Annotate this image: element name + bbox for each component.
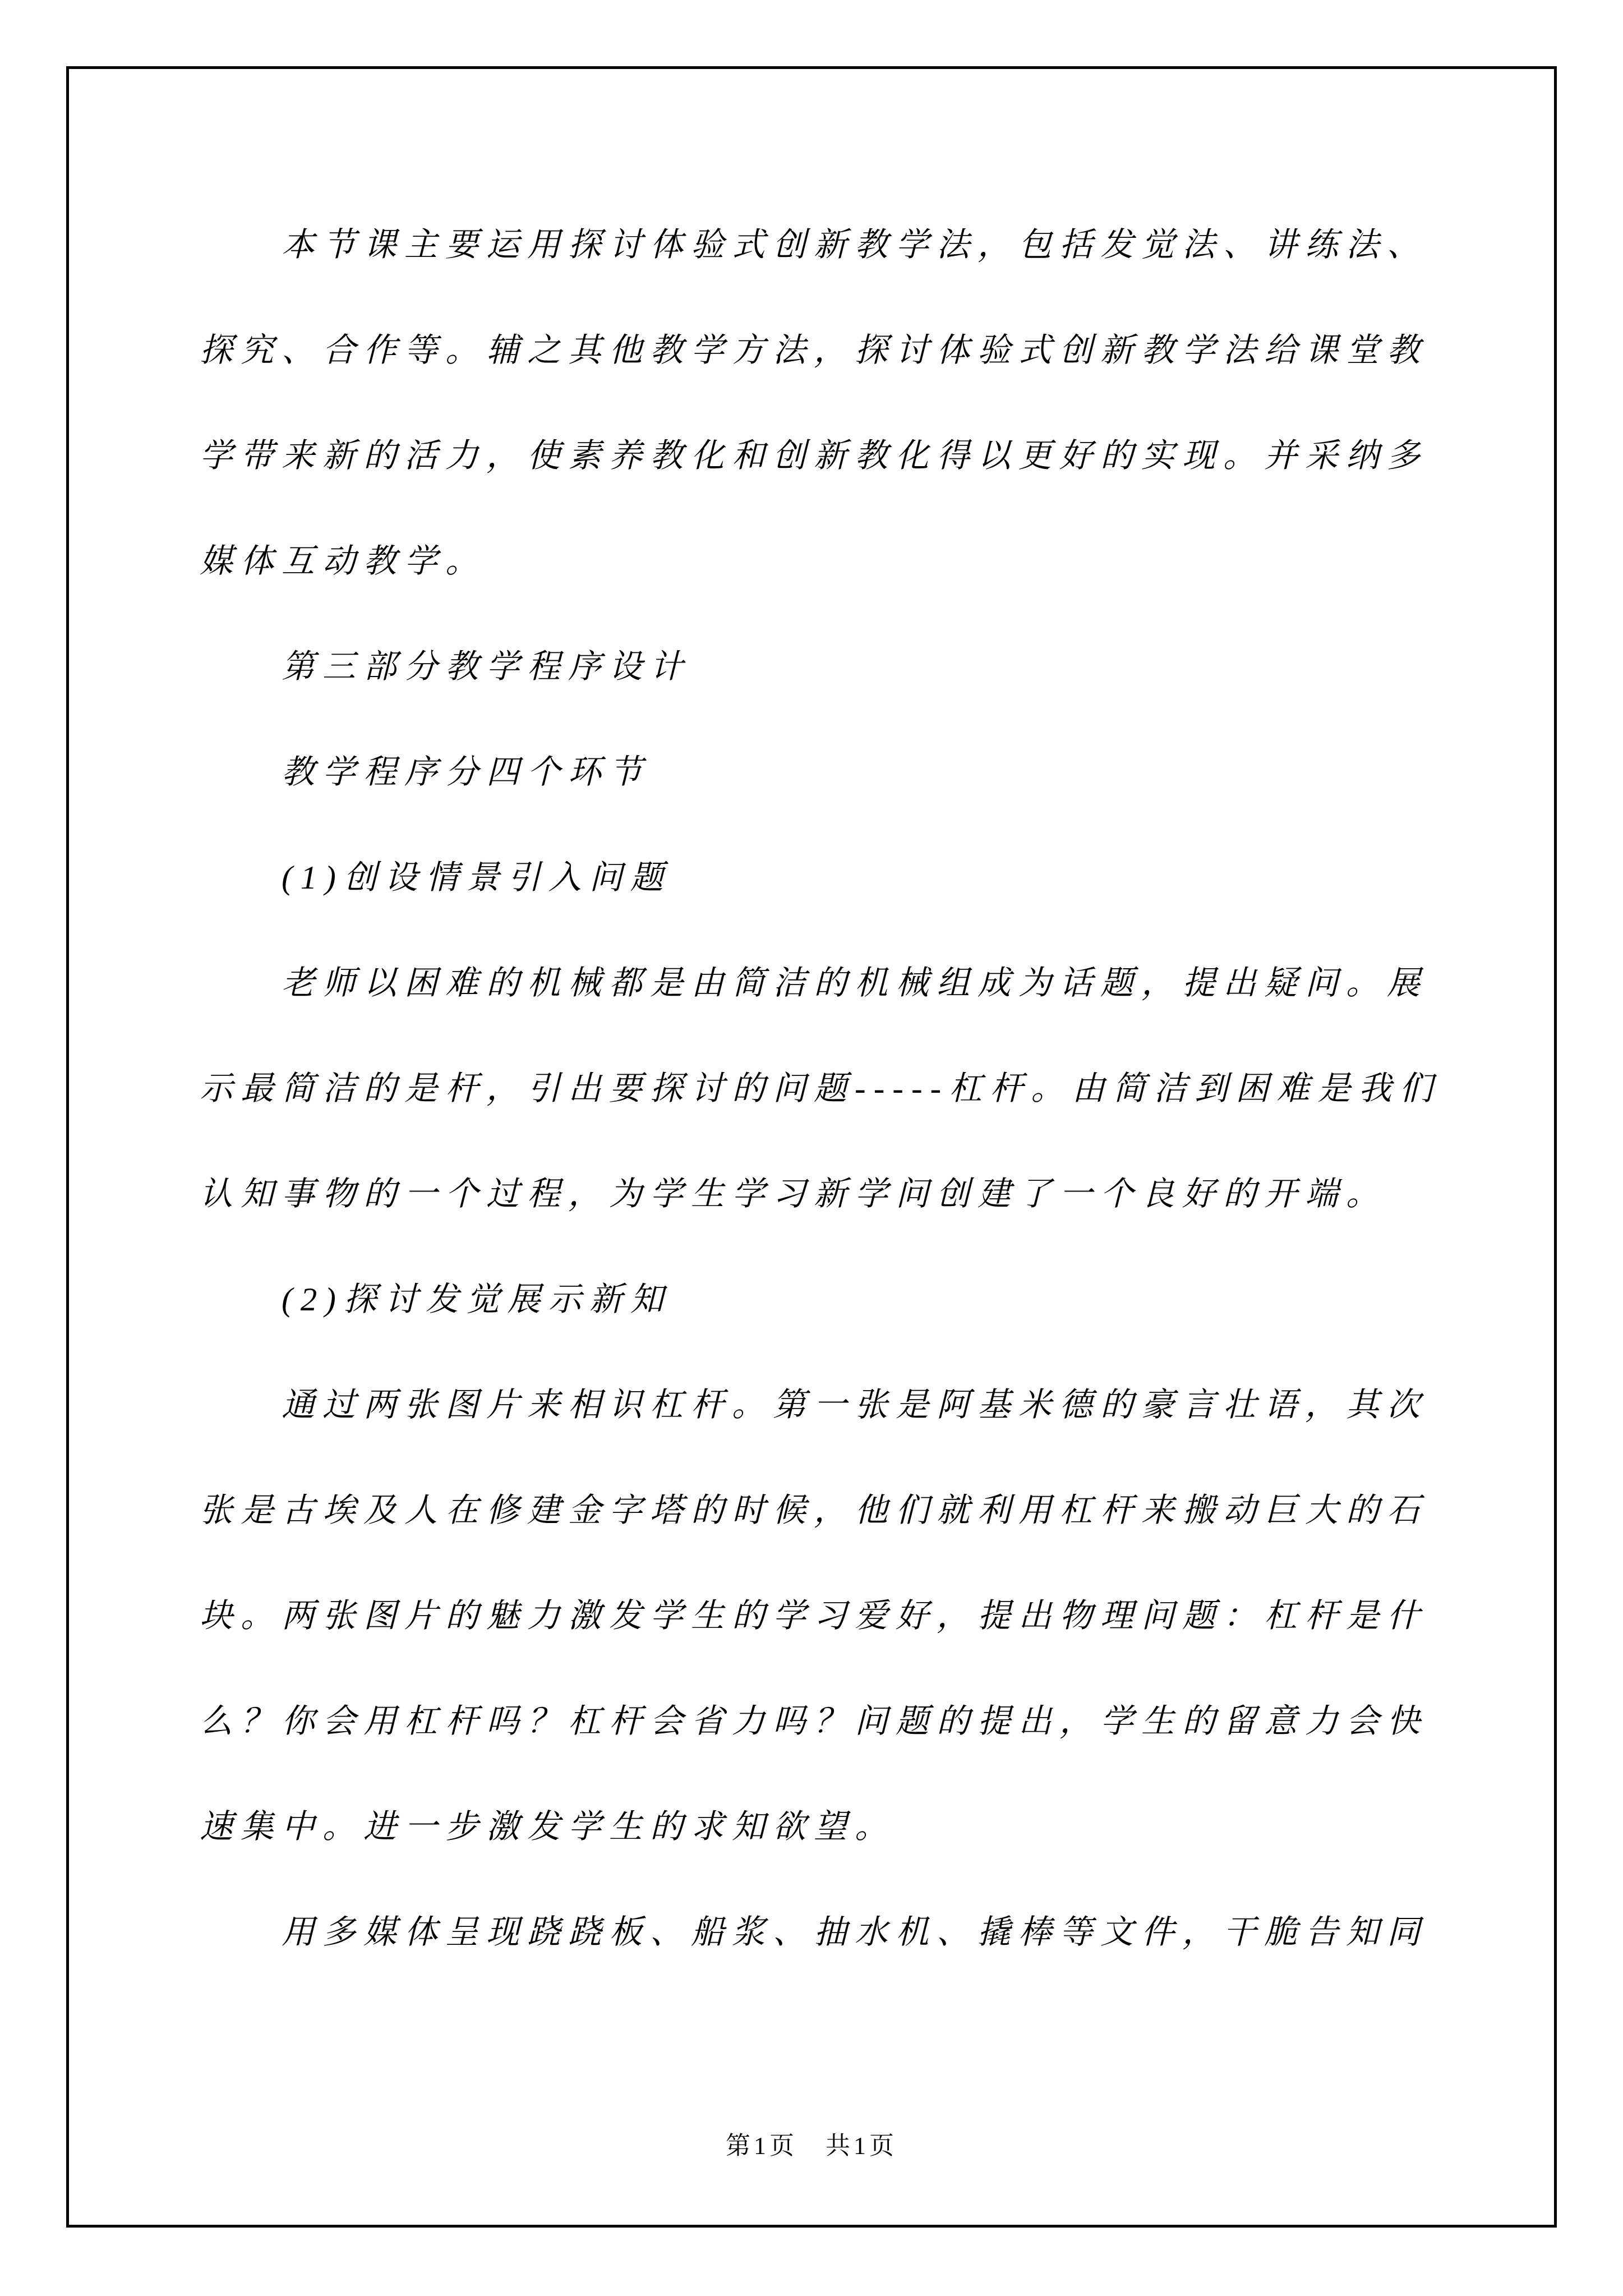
body-text-line: 块。两张图片的魅力激发学生的学习爱好，提出物理问题：杠杆是什 (200, 1563, 1429, 1668)
body-text-line: 教学程序分四个环节 (200, 719, 1429, 825)
body-text-line: 速集中。进一步激发学生的求知欲望。 (200, 1774, 1429, 1879)
section-heading-line: 第三部分教学程序设计 (200, 614, 1429, 719)
body-text-line: 么？你会用杠杆吗？杠杆会省力吗？问题的提出，学生的留意力会快 (200, 1668, 1429, 1774)
body-text-line: 探究、合作等。辅之其他教学方法，探讨体验式创新教学法给课堂教 (200, 297, 1429, 403)
list-item-line: (2)探讨发觉展示新知 (200, 1246, 1429, 1352)
document-page: { "page": { "background_color": "#ffffff… (0, 0, 1623, 2296)
page-footer: 第1页 共1页 (0, 2129, 1623, 2163)
body-text-line: 老师以困难的机械都是由简洁的机械组成为话题，提出疑问。展 (200, 930, 1429, 1036)
body-text-line: 认知事物的一个过程，为学生学习新学问创建了一个良好的开端。 (200, 1141, 1429, 1246)
body-text-line: 学带来新的活力，使素养教化和创新教化得以更好的实现。并采纳多 (200, 403, 1429, 508)
list-item-line: (1)创设情景引入问题 (200, 825, 1429, 930)
body-text-line: 通过两张图片来相识杠杆。第一张是阿基米德的豪言壮语，其次 (200, 1352, 1429, 1457)
body-text-block: 本节课主要运用探讨体验式创新教学法，包括发觉法、讲练法、 探究、合作等。辅之其他… (200, 192, 1429, 1985)
body-text-line: 用多媒体呈现跷跷板、船浆、抽水机、撬棒等文件，干脆告知同 (200, 1879, 1429, 1985)
body-text-line: 本节课主要运用探讨体验式创新教学法，包括发觉法、讲练法、 (200, 192, 1429, 297)
body-text-line: 媒体互动教学。 (200, 508, 1429, 614)
body-text-line: 示最简洁的是杆，引出要探讨的问题-----杠杆。由简洁到困难是我们 (200, 1036, 1429, 1141)
body-text-line: 张是古埃及人在修建金字塔的时候，他们就利用杠杆来搬动巨大的石 (200, 1457, 1429, 1563)
